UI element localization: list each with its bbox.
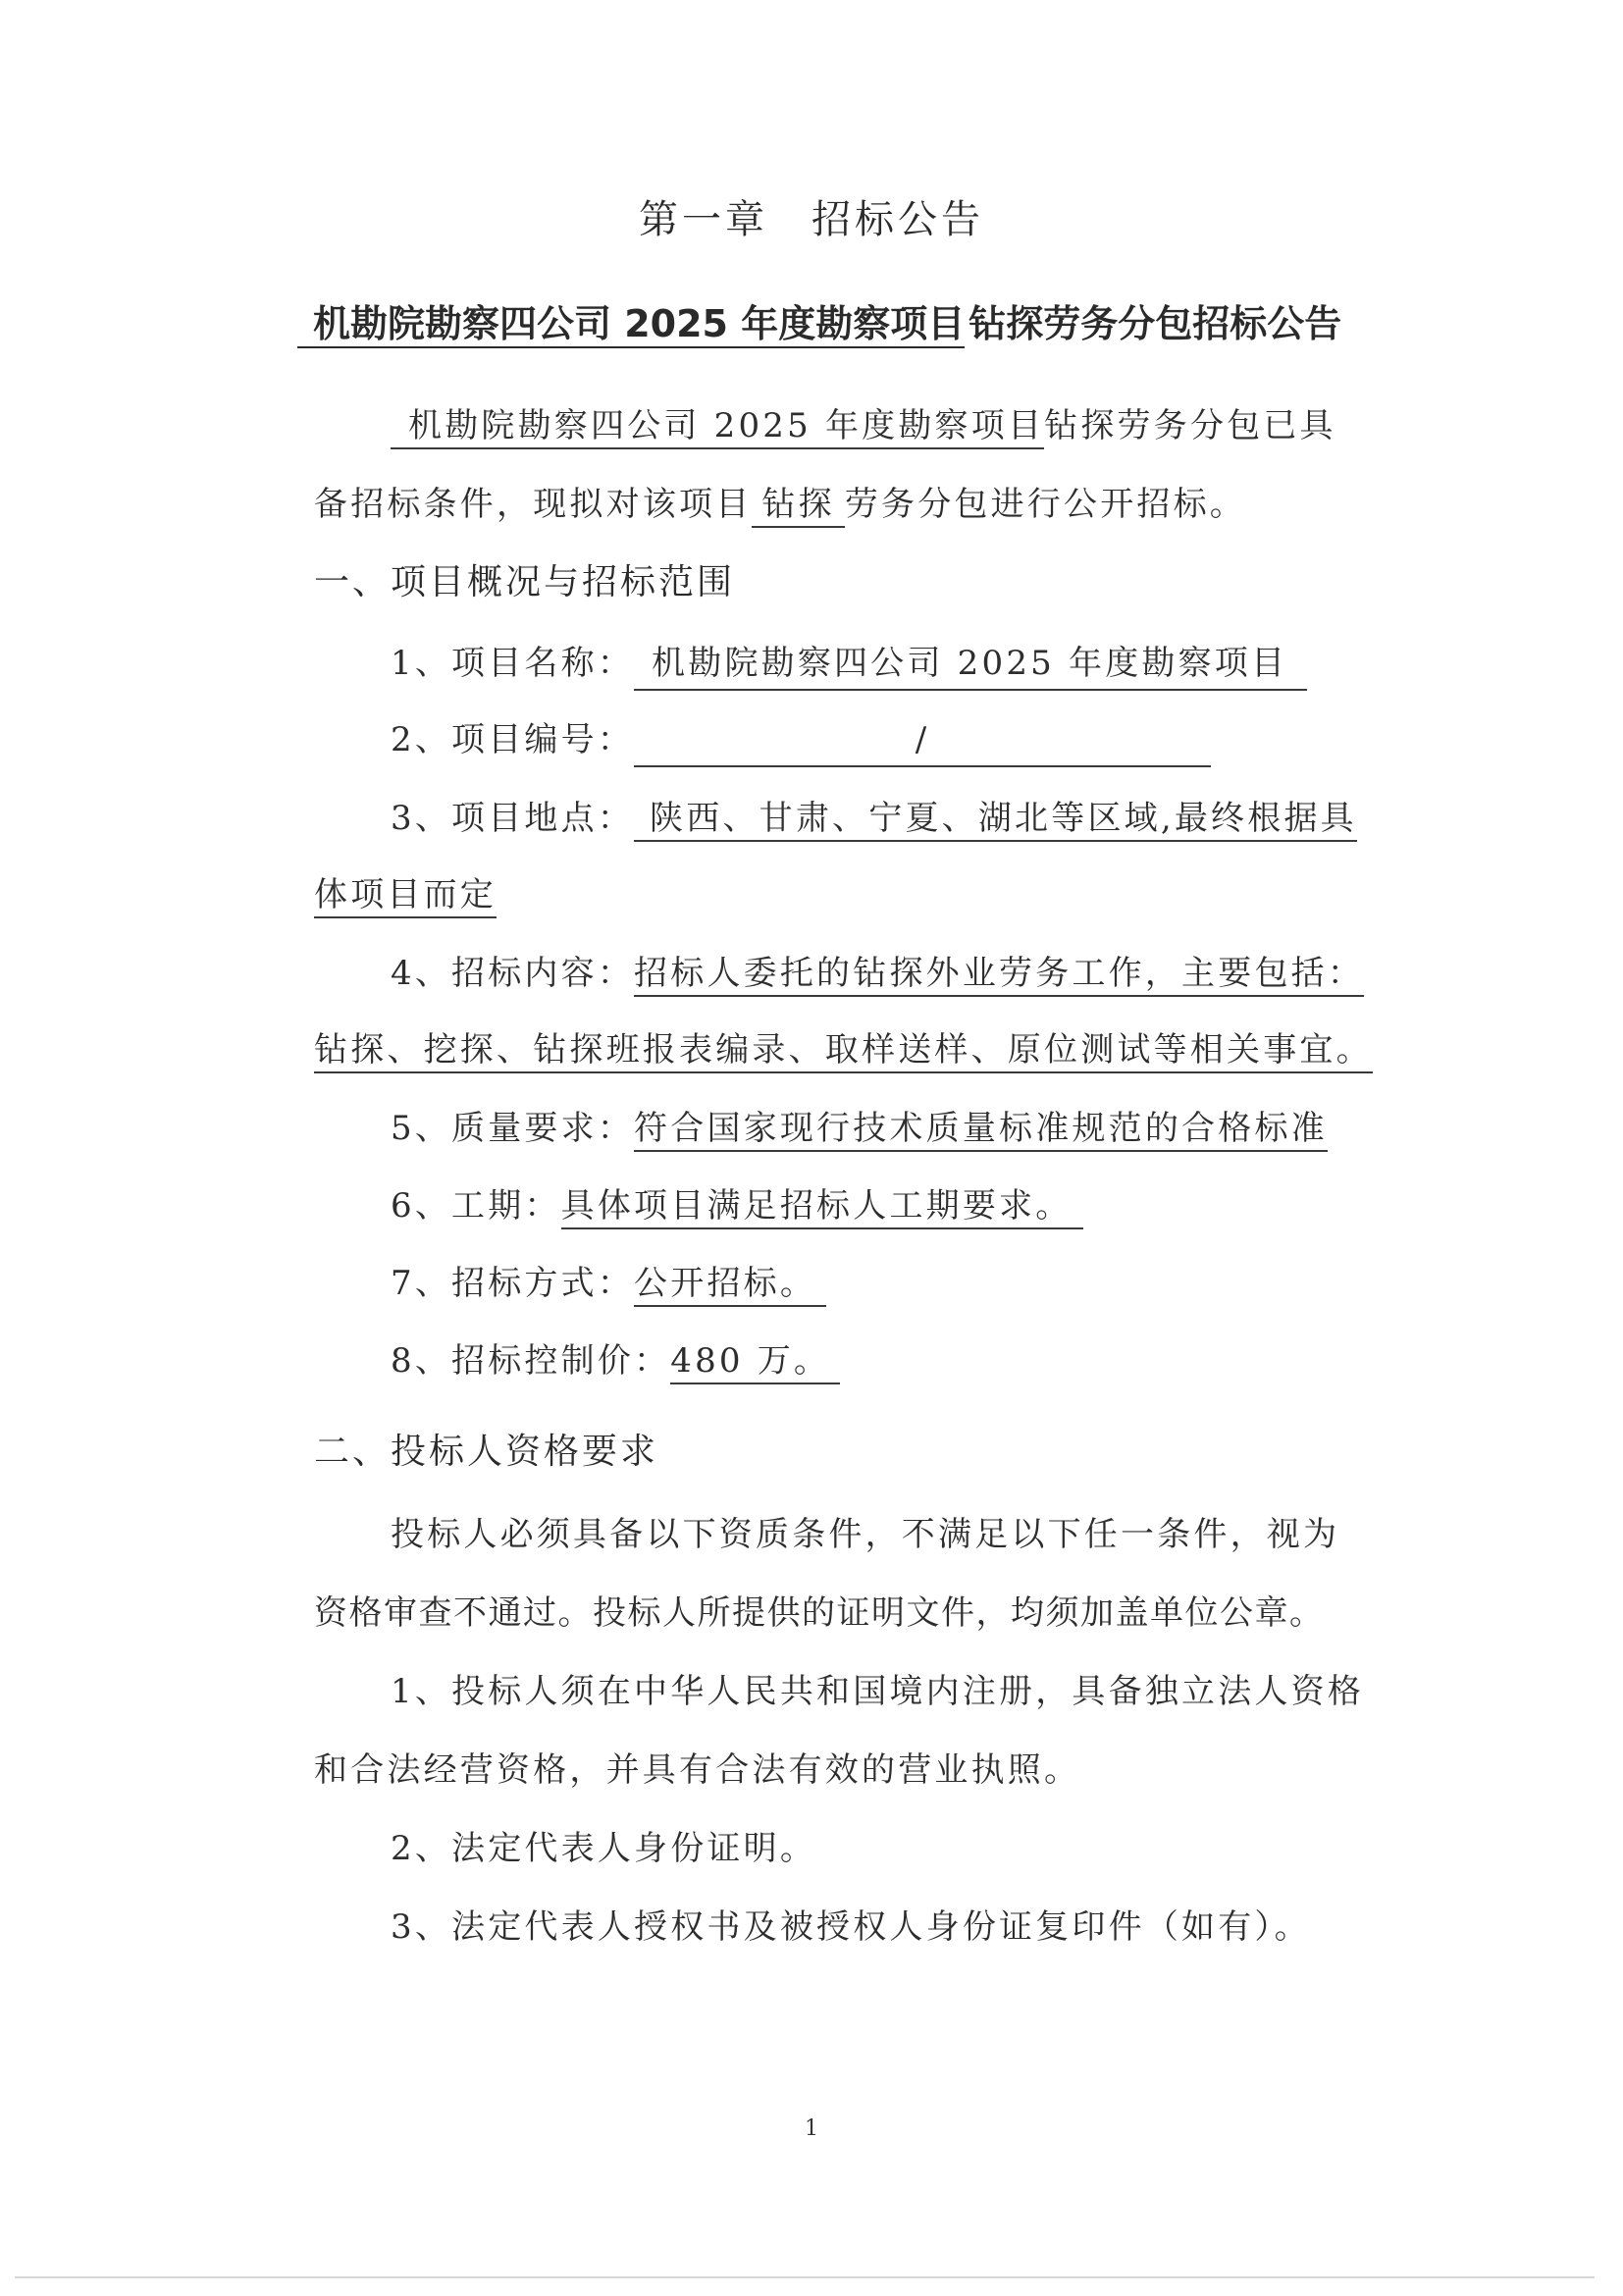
item-label: 8、招标控制价： [391, 1341, 670, 1381]
item-tender-method: 7、招标方式：公开招标。 [391, 1260, 826, 1307]
chapter-number: 第一章 [639, 197, 768, 242]
item-duration: 6、工期：具体项目满足招标人工期要求。 [391, 1182, 1083, 1229]
item-project-name: 1、项目名称：机勘院勘察四公司 2025 年度勘察项目 [391, 640, 1307, 691]
item-label: 7、招标方式： [391, 1264, 634, 1303]
item-project-location: 3、项目地点：陕西、甘肃、宁夏、湖北等区域,最终根据具 [391, 795, 1357, 842]
item-label: 4、招标内容： [391, 954, 634, 993]
requirement-3: 3、法定代表人授权书及被授权人身份证复印件（如有）。 [391, 1904, 1311, 1951]
announcement-title: 机勘院勘察四公司 2025 年度勘察项目钻探劳务分包招标公告 [297, 297, 1341, 350]
requirement-2: 2、法定代表人身份证明。 [391, 1825, 816, 1872]
page-number: 1 [0, 2114, 1623, 2144]
announcement-title-project: 机勘院勘察四公司 2025 年度勘察项目 [297, 302, 965, 348]
section-2-intro-line-1: 投标人必须具备以下资质条件，不满足以下任一条件，视为 [391, 1511, 1339, 1558]
intro-line-2: 备招标条件，现拟对该项目钻探劳务分包进行公开招标。 [314, 481, 1246, 528]
item-tender-content-cont: 钻探、挖探、钻探班报表编录、取样送样、原位测试等相关事宜。 [314, 1026, 1373, 1073]
intro-scope: 钻探 [752, 485, 844, 528]
document-page: 第一章招标公告 机勘院勘察四公司 2025 年度勘察项目钻探劳务分包招标公告 机… [0, 0, 1623, 2296]
item-value: 公开招标。 [634, 1264, 826, 1307]
chapter-name: 招标公告 [811, 197, 984, 242]
section-2-intro-line-2: 资格审查不通过。投标人所提供的证明文件，均须加盖单位公章。 [314, 1590, 1325, 1637]
item-label: 1、项目名称： [391, 644, 634, 683]
item-value: 陕西、甘肃、宁夏、湖北等区域,最终根据具 [634, 799, 1357, 842]
item-value: / [634, 716, 1211, 767]
item-value: 符合国家现行技术质量标准规范的合格标准 [634, 1109, 1328, 1152]
intro-line-1: 机勘院勘察四公司 2025 年度勘察项目钻探劳务分包已具 [391, 402, 1336, 449]
item-project-location-cont: 体项目而定 [314, 871, 497, 918]
section-1-heading: 一、项目概况与招标范围 [314, 559, 735, 606]
chapter-title: 第一章招标公告 [0, 192, 1623, 247]
intro-line-2-prefix: 备招标条件，现拟对该项目 [314, 485, 752, 524]
item-label: 3、项目地点： [391, 799, 634, 838]
intro-line-1-rest: 钻探劳务分包已具 [1044, 406, 1336, 445]
item-value: 具体项目满足招标人工期要求。 [561, 1186, 1084, 1229]
item-value-cont: 钻探、挖探、钻探班报表编录、取样送样、原位测试等相关事宜。 [314, 1030, 1373, 1073]
intro-project-name: 机勘院勘察四公司 2025 年度勘察项目 [391, 406, 1044, 449]
item-value: 480 万。 [670, 1341, 840, 1384]
item-control-price: 8、招标控制价：480 万。 [391, 1337, 840, 1384]
item-value-cont: 体项目而定 [314, 875, 497, 918]
item-value: 机勘院勘察四公司 2025 年度勘察项目 [634, 640, 1307, 691]
item-label: 6、工期： [391, 1186, 561, 1226]
footer-divider [15, 2276, 1595, 2278]
announcement-title-suffix: 钻探劳务分包招标公告 [969, 302, 1341, 345]
item-value: 招标人委托的钻探外业劳务工作，主要包括： [634, 954, 1364, 997]
item-quality: 5、质量要求：符合国家现行技术质量标准规范的合格标准 [391, 1105, 1328, 1152]
item-tender-content: 4、招标内容：招标人委托的钻探外业劳务工作，主要包括： [391, 950, 1364, 997]
section-2-heading: 二、投标人资格要求 [314, 1429, 658, 1476]
item-label: 2、项目编号： [391, 720, 634, 759]
requirement-1-line-2: 和合法经营资格，并具有合法有效的营业执照。 [314, 1747, 1080, 1794]
item-project-number: 2、项目编号：/ [391, 716, 1211, 767]
requirement-1-line-1: 1、投标人须在中华人民共和国境内注册，具备独立法人资格 [391, 1668, 1364, 1715]
item-label: 5、质量要求： [391, 1109, 634, 1148]
intro-line-2-rest: 劳务分包进行公开招标。 [845, 485, 1246, 524]
